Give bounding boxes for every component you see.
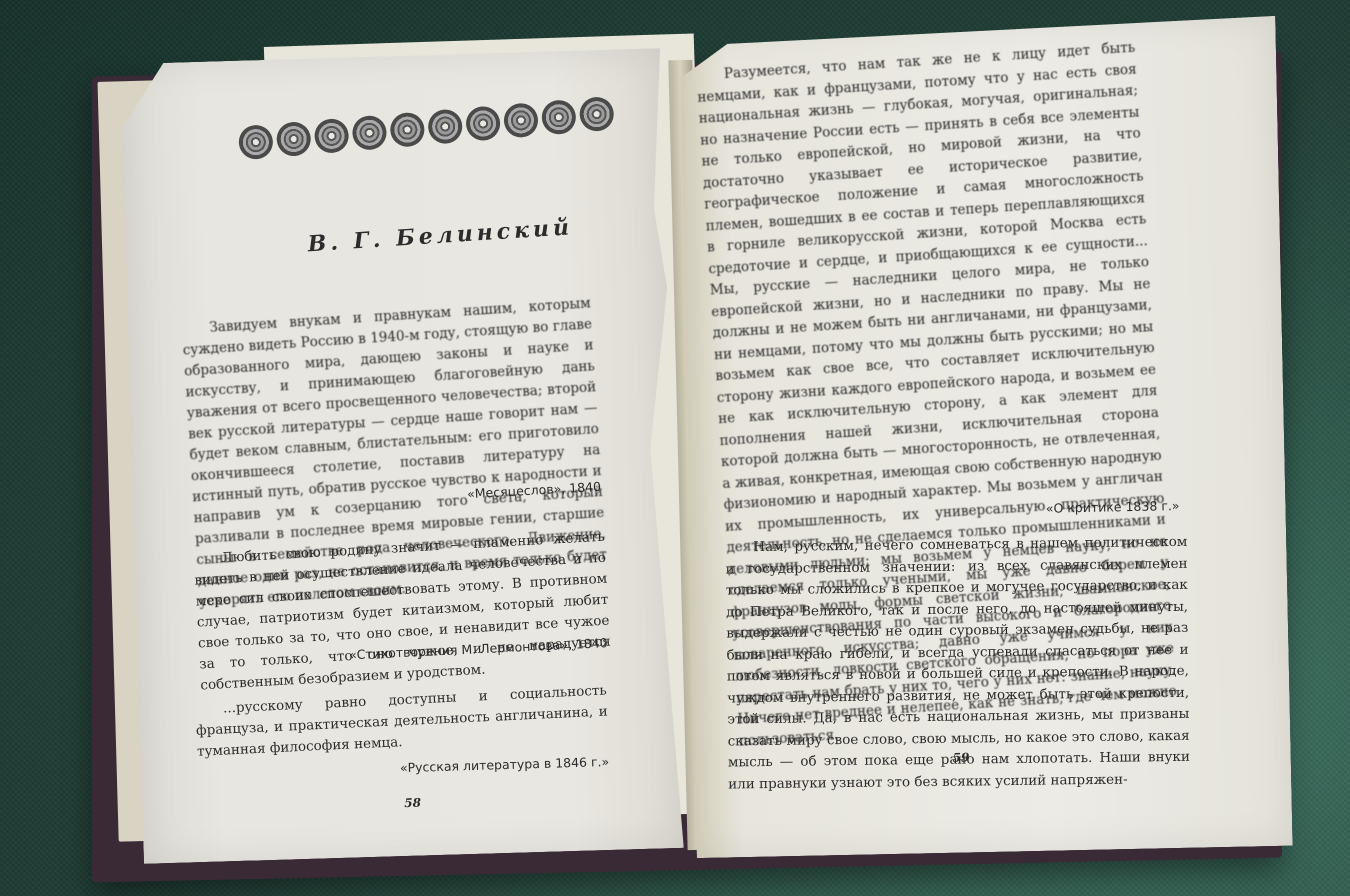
rosette-ornament-icon — [313, 118, 350, 155]
rosette-ornament-icon — [389, 111, 426, 148]
author-title: В. Г. Белинский — [307, 214, 574, 257]
page-number-right: 59 — [953, 750, 970, 764]
rosette-ornament-icon — [427, 108, 464, 145]
right-page: Разумеется, что нам так же не к лицу иде… — [679, 16, 1292, 858]
rosette-ornament-icon — [275, 121, 312, 158]
left-page: В. Г. Белинский Завидуем внукам и правну… — [120, 48, 683, 864]
quote-3-source: «Русская литература в 1846 г.» — [341, 754, 609, 777]
rosette-ornament-icon — [351, 114, 388, 151]
rosette-ornament-icon — [503, 102, 540, 139]
quote-2: Любить свою родину значит — пламенно жел… — [193, 527, 613, 697]
ornament-row — [238, 96, 616, 161]
rosette-ornament-icon — [578, 96, 615, 133]
rosette-ornament-icon — [465, 105, 502, 142]
page-number-left: 58 — [404, 796, 421, 810]
quote-2-text: Любить свою родину значит — пламенно жел… — [193, 527, 613, 697]
rosette-ornament-icon — [541, 99, 578, 136]
rosette-ornament-icon — [238, 124, 275, 161]
